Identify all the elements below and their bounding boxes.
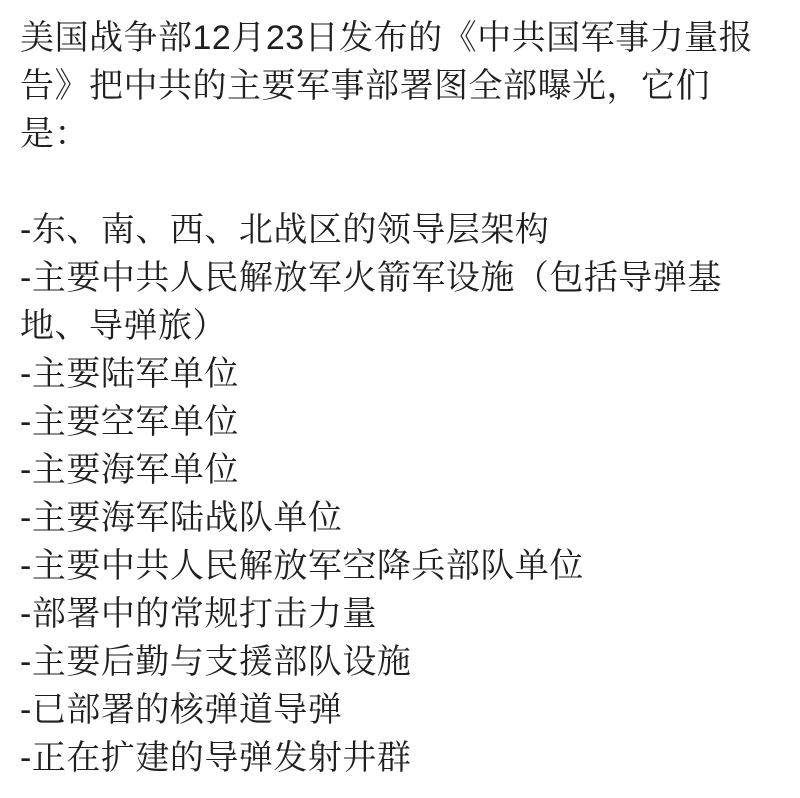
list-line-air-force-units: -主要空军单位: [20, 398, 790, 446]
intro-line-3: 是：: [20, 110, 790, 158]
intro-line-1: 美国战争部12月23日发布的《中共国军事力量报: [20, 14, 790, 62]
paragraph-gap: [20, 158, 790, 206]
list-line-theater-leadership: -东、南、西、北战区的领导层架构: [20, 206, 790, 254]
list-line-marine-corps-units: -主要海军陆战队单位: [20, 494, 790, 542]
text-screenshot-page: 美国战争部12月23日发布的《中共国军事力量报 告》把中共的主要军事部署图全部曝…: [0, 0, 800, 798]
intro-line-2: 告》把中共的主要军事部署图全部曝光，它们: [20, 62, 790, 110]
list-line-conventional-strike: -部署中的常规打击力量: [20, 590, 790, 638]
list-line-army-units: -主要陆军单位: [20, 350, 790, 398]
list-line-missile-silos: -正在扩建的导弹发射井群: [20, 734, 790, 782]
list-line-nuclear-missiles: -已部署的核弹道导弹: [20, 686, 790, 734]
deployment-list: -东、南、西、北战区的领导层架构 -主要中共人民解放军火箭军设施（包括导弹基 地…: [20, 206, 790, 782]
list-line-rocket-force-2: 地、导弹旅）: [20, 302, 790, 350]
list-line-navy-units: -主要海军单位: [20, 446, 790, 494]
list-line-logistics-support: -主要后勤与支援部队设施: [20, 638, 790, 686]
list-line-airborne-units: -主要中共人民解放军空降兵部队单位: [20, 542, 790, 590]
list-line-rocket-force-1: -主要中共人民解放军火箭军设施（包括导弹基: [20, 254, 790, 302]
intro-paragraph: 美国战争部12月23日发布的《中共国军事力量报 告》把中共的主要军事部署图全部曝…: [20, 14, 790, 158]
